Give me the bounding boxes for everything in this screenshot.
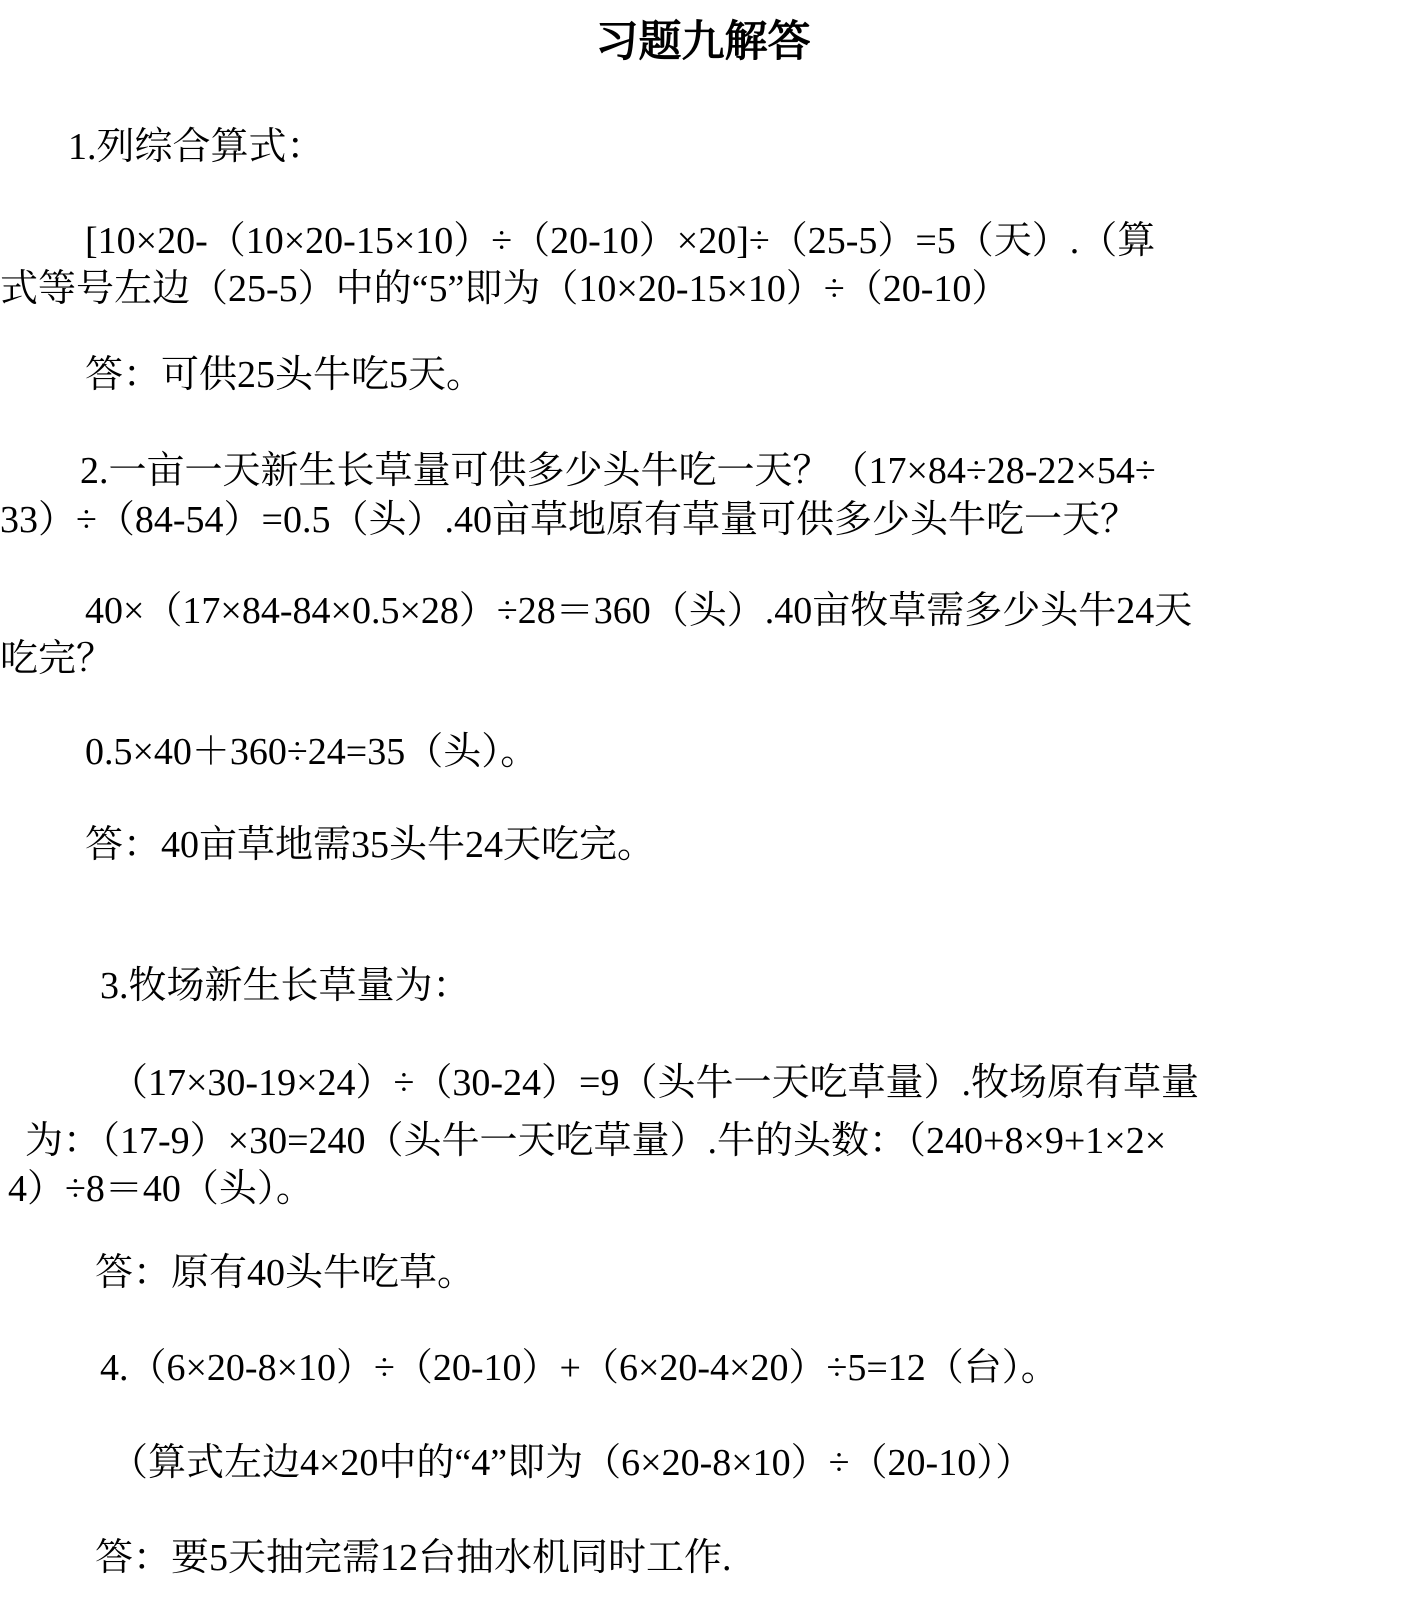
problem3-solution-line3: 4）÷8＝40（头）。 <box>8 1166 314 1213</box>
problem3-solution-line2: 为：（17-9）×30=240（头牛一天吃草量）.牛的头数：（240+8×9+1… <box>25 1118 1166 1165</box>
problem3-solution-line1: （17×30-19×24）÷（30-24）=9（头牛一天吃草量）.牧场原有草量 <box>110 1060 1199 1107</box>
problem4-answer: 答：要5天抽完需12台抽水机同时工作. <box>95 1535 732 1582</box>
problem2-solution-a-line2: 吃完？ <box>0 636 114 683</box>
problem2-solution-b: 0.5×40＋360÷24=35（头）。 <box>85 729 538 776</box>
problem2-question-line2: 33）÷（84-54）=0.5（头）.40亩草地原有草量可供多少头牛吃一天？ <box>0 497 1138 544</box>
document-page: 习题九解答 1.列综合算式： [10×20-（10×20-15×10）÷（20-… <box>0 0 1406 1600</box>
problem3-heading: 3.牧场新生长草量为： <box>100 963 471 1010</box>
problem3-answer: 答：原有40头牛吃草。 <box>95 1250 475 1297</box>
problem2-question-line1: 2.一亩一天新生长草量可供多少头牛吃一天？（17×84÷28-22×54÷ <box>80 448 1156 495</box>
problem4-solution: 4.（6×20-8×10）÷（20-10）+（6×20-4×20）÷5=12（台… <box>100 1345 1059 1392</box>
document-title: 习题九解答 <box>0 18 1406 68</box>
problem2-answer: 答：40亩草地需35头牛24天吃完。 <box>85 822 655 869</box>
problem4-note: （算式左边4×20中的“4”即为（6×20-8×10）÷（20-10）） <box>110 1440 1033 1487</box>
problem1-solution-line2: 式等号左边（25-5）中的“5”即为（10×20-15×10）÷（20-10） <box>0 266 1009 313</box>
problem1-heading: 1.列综合算式： <box>68 124 325 171</box>
problem2-solution-a-line1: 40×（17×84-84×0.5×28）÷28＝360（头）.40亩牧草需多少头… <box>85 588 1192 635</box>
problem1-answer: 答：可供25头牛吃5天。 <box>85 352 484 399</box>
problem1-solution-line1: [10×20-（10×20-15×10）÷（20-10）×20]÷（25-5）=… <box>85 218 1155 265</box>
